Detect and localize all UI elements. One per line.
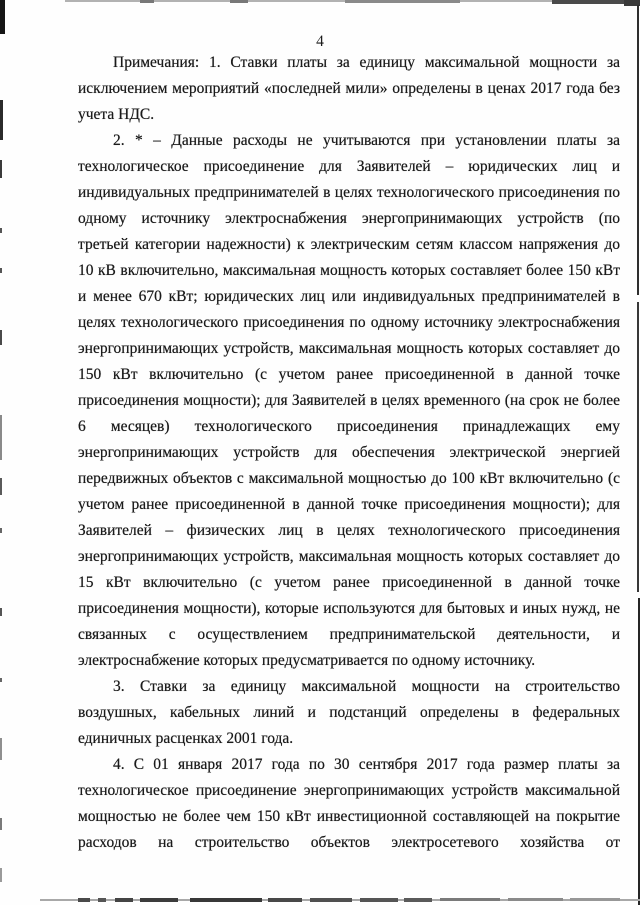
scan-bottom-edge-segment bbox=[115, 898, 133, 902]
scan-top-edge-segment bbox=[140, 0, 154, 3]
text-line: энергопринимающих устройств для обеспече… bbox=[78, 440, 620, 466]
scan-left-edge-mark bbox=[0, 415, 2, 460]
text-line: 3. Ставки за единицу максимальной мощнос… bbox=[78, 674, 620, 700]
scan-left-edge-mark bbox=[0, 228, 2, 233]
document-body: Примечания: 1. Ставки платы за единицу м… bbox=[78, 50, 620, 856]
text-line: энергопринимающих устройств, максимальна… bbox=[78, 336, 620, 362]
scan-top-edge-line bbox=[65, 0, 640, 2]
text-line: присоединения мощности); для Заявителей … bbox=[78, 388, 620, 414]
text-line: технологическое присоединение для Заявит… bbox=[78, 154, 620, 180]
text-line: 4. С 01 января 2017 года по 30 сентября … bbox=[78, 752, 620, 778]
scan-bottom-edge-segment bbox=[360, 898, 398, 902]
scan-left-edge-mark bbox=[0, 330, 2, 345]
text-line: расходов на строительство объектов элект… bbox=[78, 830, 620, 856]
text-line: 10 кВ включительно, максимальная мощност… bbox=[78, 258, 620, 284]
scan-bottom-edge-segment bbox=[268, 898, 302, 902]
scan-bottom-edge-segment bbox=[440, 898, 500, 901]
scan-top-edge-segment bbox=[230, 0, 248, 3]
text-line: передвижных объектов с максимальной мощн… bbox=[78, 466, 620, 492]
text-line: и менее 670 кВт; юридических лиц или инд… bbox=[78, 284, 620, 310]
text-line: 150 кВт включительно (с учетом ранее при… bbox=[78, 362, 620, 388]
text-line: электроснабжение которых предусматривает… bbox=[78, 648, 620, 674]
text-line: технологическое присоединение энергоприн… bbox=[78, 778, 620, 804]
scan-corner-mark bbox=[0, 0, 5, 34]
scan-bottom-edge-line bbox=[40, 899, 640, 901]
scan-left-edge-mark bbox=[0, 738, 2, 760]
text-line: Заявителей – физических лиц в целях техн… bbox=[78, 518, 620, 544]
text-line: исключением мероприятий «последней мили»… bbox=[78, 76, 620, 102]
text-line: воздушных, кабельных линий и подстанций … bbox=[78, 700, 620, 726]
text-line: целях технологического присоединения по … bbox=[78, 310, 620, 336]
scan-left-edge-mark bbox=[0, 678, 2, 682]
scan-bottom-edge-segment bbox=[140, 898, 178, 902]
scan-top-edge-segment bbox=[345, 0, 460, 3]
text-line: связанных с осуществлением предпринимате… bbox=[78, 622, 620, 648]
scan-bottom-edge-segment bbox=[98, 898, 106, 902]
scan-bottom-edge-segment bbox=[404, 898, 432, 902]
text-line: 6 месяцев) технологического присоединени… bbox=[78, 414, 620, 440]
scan-corner-mark bbox=[624, 0, 640, 6]
scan-left-edge-mark bbox=[0, 268, 2, 273]
text-line: одному источнику электроснабжения энерго… bbox=[78, 206, 620, 232]
scan-left-edge-mark bbox=[0, 818, 2, 830]
scan-left-edge-mark bbox=[0, 478, 2, 495]
text-line: мощностью не более чем 150 кВт инвестици… bbox=[78, 804, 620, 830]
text-line: третьей категории надежности) к электрич… bbox=[78, 232, 620, 258]
text-line: энергопринимающих устройств, максимальна… bbox=[78, 544, 620, 570]
text-line: 15 кВт включительно (с учетом ранее прис… bbox=[78, 570, 620, 596]
text-line: Примечания: 1. Ставки платы за единицу м… bbox=[78, 50, 620, 76]
scan-top-edge-segment bbox=[552, 0, 640, 4]
scan-bottom-edge-segment bbox=[570, 898, 620, 901]
scan-left-edge-mark bbox=[0, 868, 2, 882]
scan-bottom-edge-segment bbox=[78, 898, 90, 902]
scan-left-edge-mark bbox=[0, 528, 2, 533]
scan-left-edge-mark bbox=[0, 160, 2, 178]
text-line: 2. * – Данные расходы не учитываются при… bbox=[78, 128, 620, 154]
scan-bottom-edge-segment bbox=[310, 898, 352, 902]
scan-left-edge-mark bbox=[0, 608, 2, 616]
document-page: 4 Примечания: 1. Ставки платы за единицу… bbox=[0, 0, 640, 905]
text-line: единичных расценках 2001 года. bbox=[78, 726, 620, 752]
text-line: индивидуальных предпринимателей в целях … bbox=[78, 180, 620, 206]
scan-left-edge-mark bbox=[0, 100, 3, 140]
text-line: присоединения мощности), которые использ… bbox=[78, 596, 620, 622]
text-line: учетом ранее присоединенной в данной точ… bbox=[78, 492, 620, 518]
scan-bottom-edge-segment bbox=[508, 898, 563, 901]
scan-bottom-edge-segment bbox=[190, 898, 262, 902]
text-line: учета НДС. bbox=[78, 102, 620, 128]
page-number: 4 bbox=[0, 33, 640, 51]
scan-right-edge-line bbox=[637, 302, 639, 592]
